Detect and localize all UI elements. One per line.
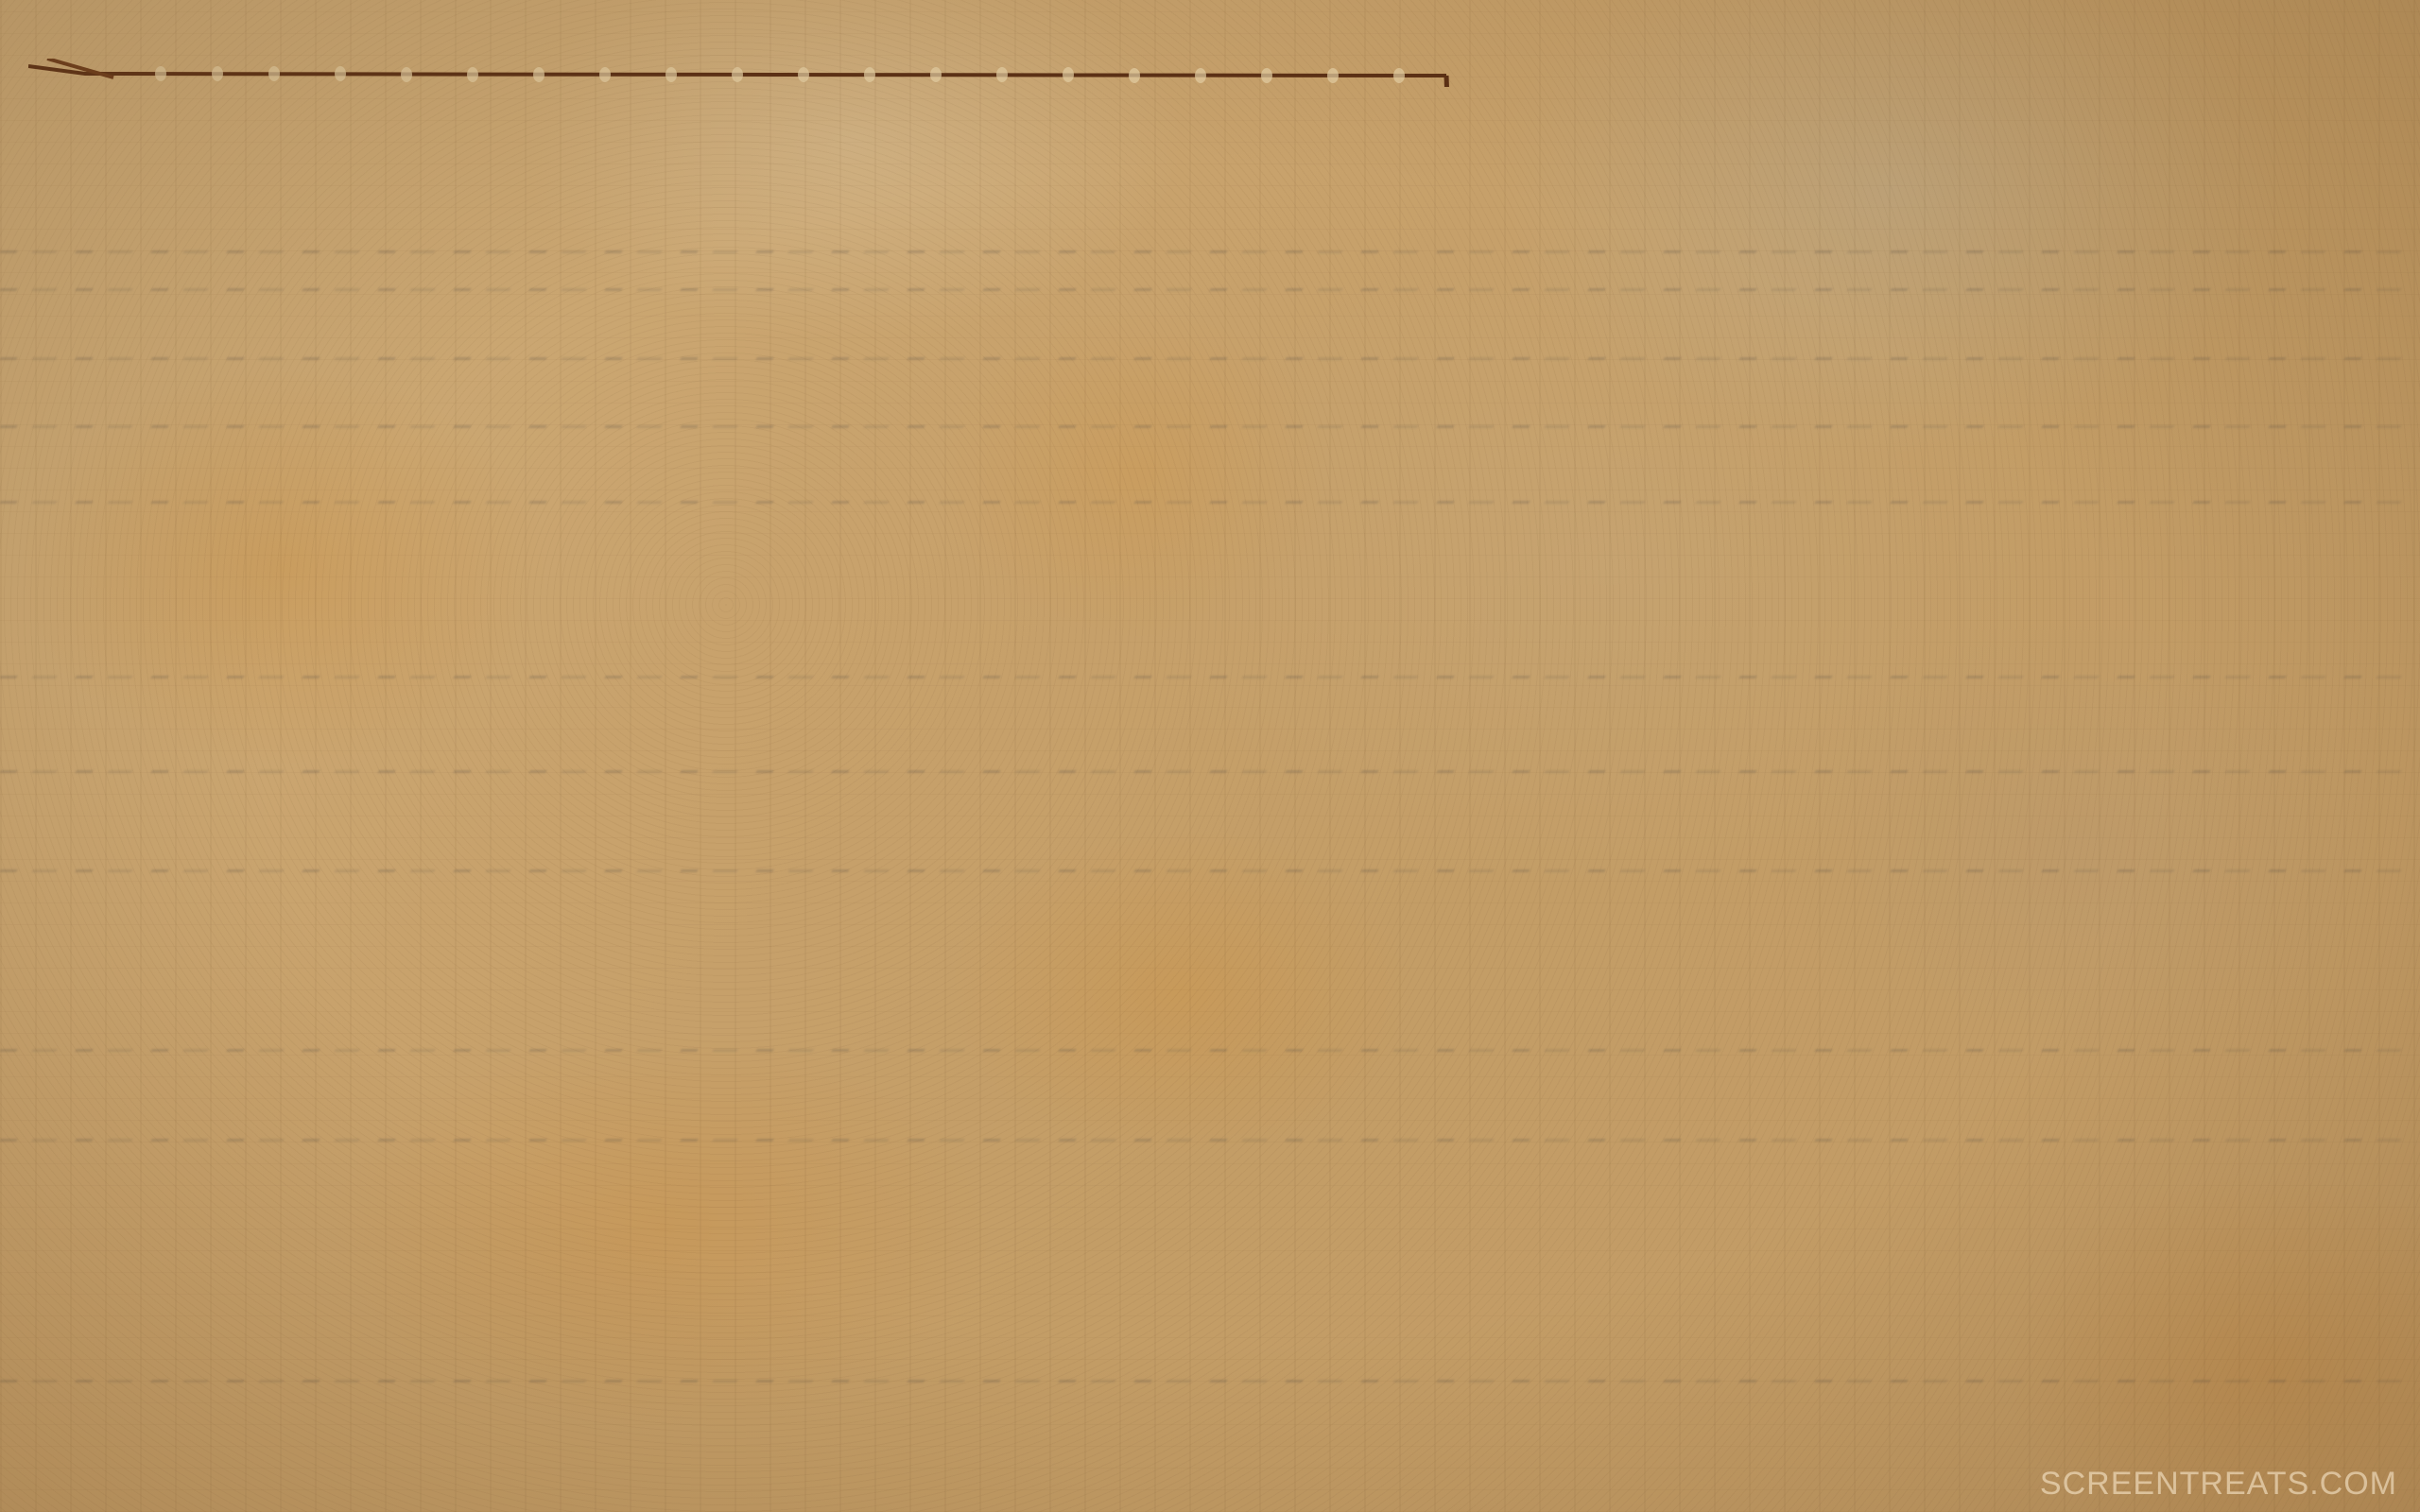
watermark-text: SCREENTREATS.COM xyxy=(2040,1466,2397,1503)
edge-vignette xyxy=(0,0,2420,1512)
